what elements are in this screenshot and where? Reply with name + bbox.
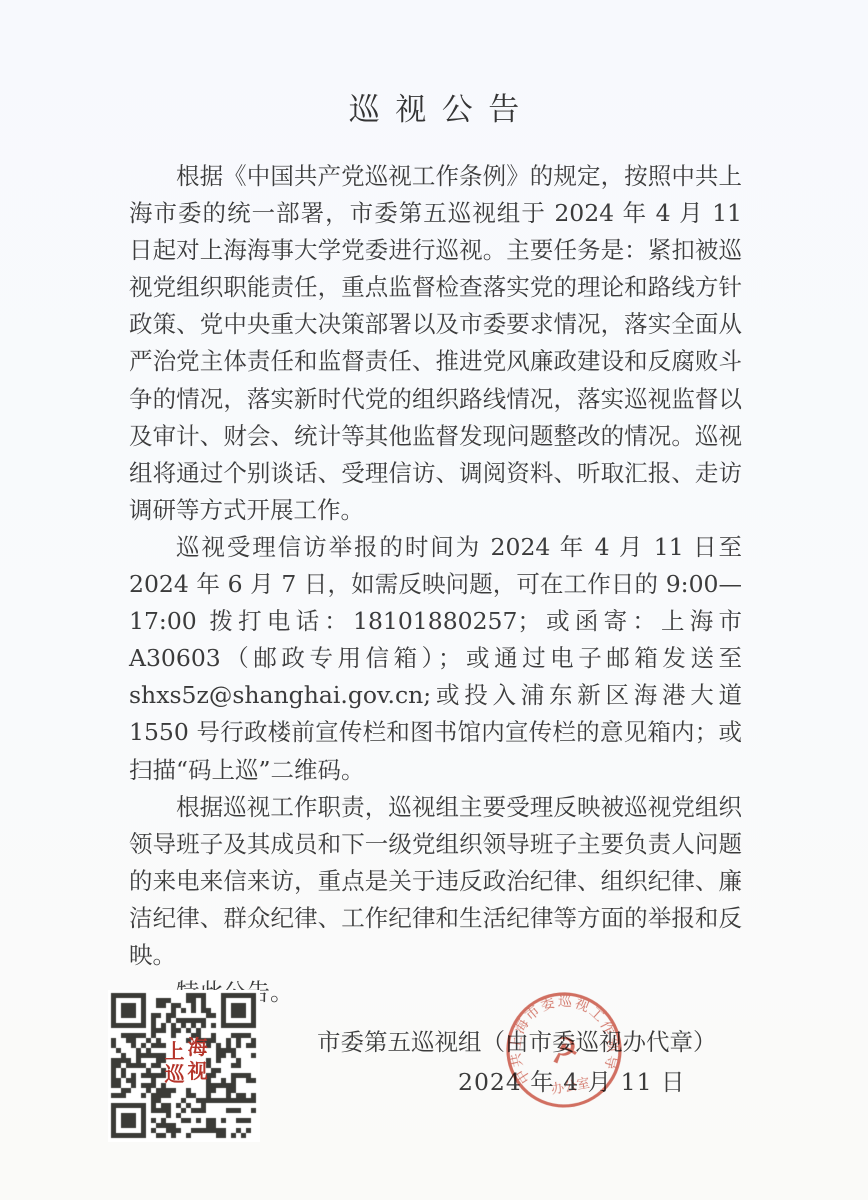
notice-page: 巡视公告 根据《中国共产党巡视工作条例》的规定，按照中共上海市委的统一部署，市委… (0, 0, 868, 1200)
notice-body: 根据《中国共产党巡视工作条例》的规定，按照中共上海市委的统一部署，市委第五巡视组… (129, 158, 742, 1011)
paragraph-contact: 巡视受理信访举报的时间为 2024 年 4 月 11 日至 2024 年 6 月… (129, 529, 742, 789)
qr-center-label: 上 海 巡 视 (163, 1040, 209, 1086)
signature-date: 2024 年 4 月 11 日 (458, 1063, 686, 1097)
page-title: 巡视公告 (0, 84, 868, 129)
paragraph-tasks: 根据《中国共产党巡视工作条例》的规定，按照中共上海市委的统一部署，市委第五巡视组… (129, 158, 742, 529)
signature-line: 市委第五巡视组（由市委巡视办代章） (317, 1023, 717, 1057)
paragraph-scope: 根据巡视工作职责，巡视组主要受理反映被巡视党组织领导班子及其成员和下一级党组织领… (129, 789, 742, 974)
